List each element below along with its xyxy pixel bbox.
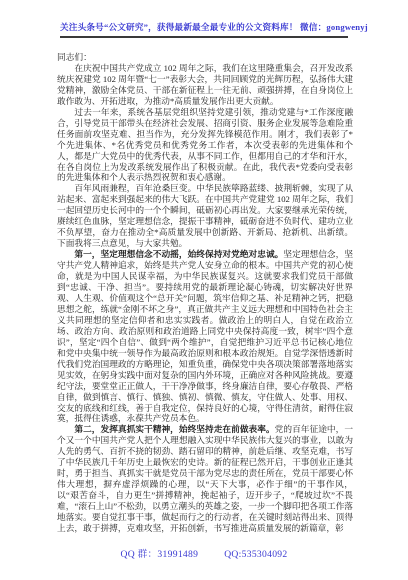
paragraph-1-text: 在庆祝中国共产党成立 102 周年之际，我们在这里隆重集会，召开发改系统庆祝建党… xyxy=(57,63,353,106)
paragraph-5: 第二，发挥真抓实干精神，始终坚持走在前做表率。党的百年征途中，一个又一个中国共产… xyxy=(57,424,353,534)
promo-header: 关注头条号“公文研究”，获得最新最全最专业的公文资料库！ 微信：gongweny… xyxy=(60,21,348,38)
salutation: 同志们： xyxy=(57,52,353,63)
document-page: 关注头条号“公文研究”，获得最新最全最专业的公文资料库！ 微信：gongweny… xyxy=(0,0,408,580)
paragraph-4-text: 坚定理想信念，坚守共产党人精神追求，始终是共产党人安身立命的根本。中国共产党的初… xyxy=(57,249,353,423)
paragraph-1: 在庆祝中国共产党成立 102 周年之际，我们在这里隆重集会，召开发改系统庆祝建党… xyxy=(57,63,353,107)
paragraph-5-lead: 第二，发挥真抓实干精神，始终坚持走在前做表率。 xyxy=(74,424,274,434)
paragraph-3: 百年风雨兼程，百年沧桑巨变。中华民族筚路蓝缕、披荆斩棘，实现了从站起来、富起来到… xyxy=(57,183,353,249)
paragraph-4: 第一，坚定理想信念不动摇，始终保持对党绝对忠诚。坚定理想信念，坚守共产党人精神追… xyxy=(57,249,353,424)
paragraph-2: 过去一年来，系统各基层党组织坚持党建引领，推动党建与*工作深度融合，引导党员干部… xyxy=(57,107,353,184)
document-body: 同志们： 在庆祝中国共产党成立 102 周年之际，我们在这里隆重集会，召开发改系… xyxy=(57,52,353,534)
paragraph-4-lead: 第一，坚定理想信念不动摇，始终保持对党绝对忠诚。 xyxy=(74,249,283,259)
paragraph-5-text: 党的百年征途中，一个又一个中国共产党人把个人理想融入实现中华民族伟大复兴的事业，… xyxy=(57,424,353,533)
qq-group-number: QQ 群：31991489 xyxy=(120,549,198,560)
contact-footer: QQ 群：31991489QQ:535304092 xyxy=(0,546,408,560)
qq-number: QQ:535304092 xyxy=(224,549,287,560)
paragraph-3-text: 百年风雨兼程，百年沧桑巨变。中华民族筚路蓝缕、披荆斩棘，实现了从站起来、富起来到… xyxy=(57,183,353,248)
promo-header-text: 关注头条号“公文研究”，获得最新最全最专业的公文资料库！ 微信：gongweny… xyxy=(60,22,368,32)
paragraph-2-text: 过去一年来，系统各基层党组织坚持党建引领，推动党建与*工作深度融合，引导党员干部… xyxy=(57,107,353,183)
